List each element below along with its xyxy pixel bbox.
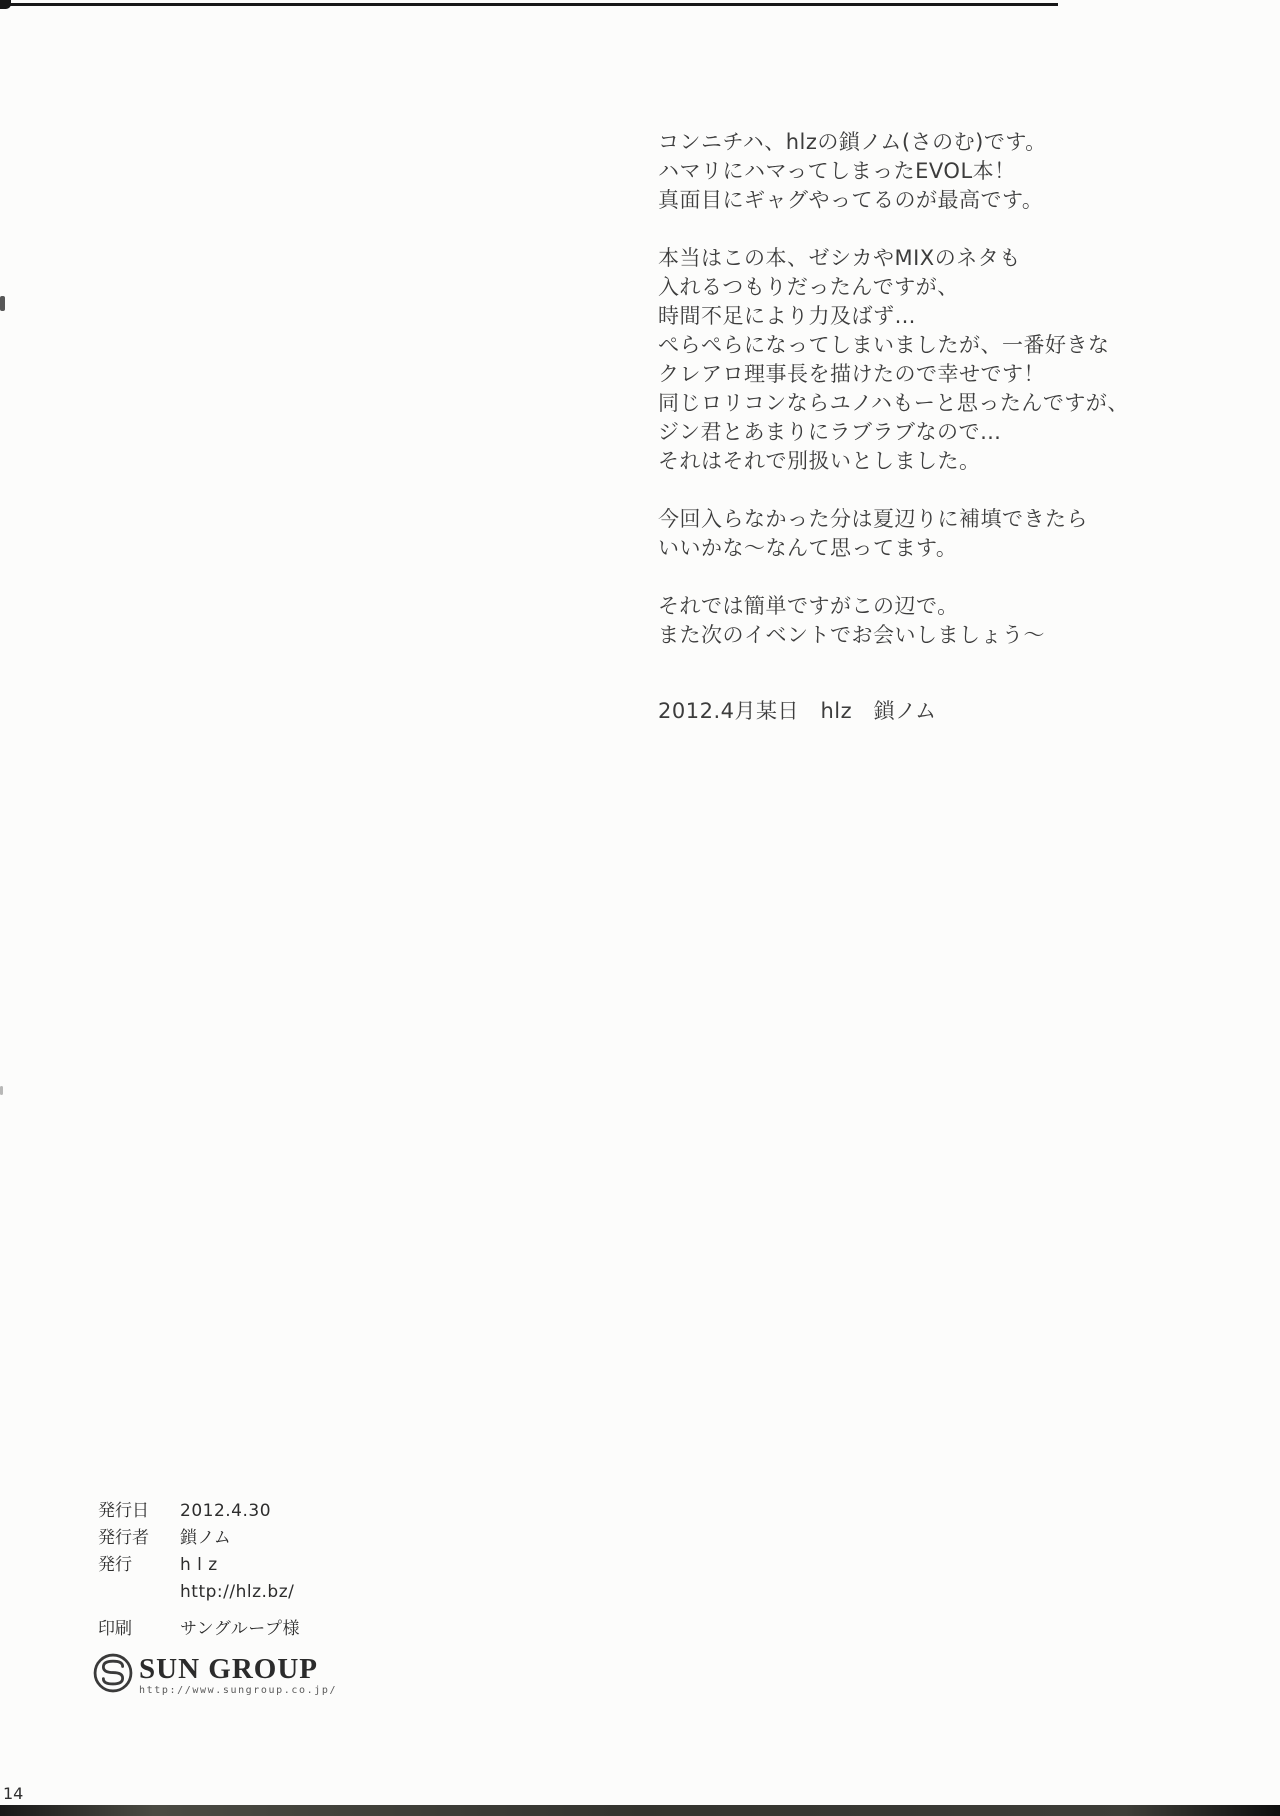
scanned-document-page: コンニチハ、hlzの鎖ノム(さのむ)です。 ハマリにハマってしまったEVOL本！… <box>0 0 1280 1816</box>
afterword-paragraph: 本当はこの本、ゼシカやMIXのネタも 入れるつもりだったんですが、 時間不足によ… <box>658 244 1218 476</box>
colophon-label: 印刷 <box>98 1616 180 1643</box>
afterword-line: 同じロリコンならユノハもーと思ったんですが、 <box>658 389 1218 418</box>
sun-group-logo: SUN GROUP http://www.sungroup.co.jp/ <box>92 1652 337 1696</box>
circle-name: h l z <box>180 1552 218 1579</box>
afterword-text-block: コンニチハ、hlzの鎖ノム(さのむ)です。 ハマリにハマってしまったEVOL本！… <box>658 128 1218 726</box>
colophon-row: 発行 h l z <box>98 1552 337 1579</box>
afterword-line: それでは簡単ですがこの辺で。 <box>658 592 1218 621</box>
circle-url: http://hlz.bz/ <box>180 1579 294 1606</box>
sun-group-logo-text: SUN GROUP http://www.sungroup.co.jp/ <box>139 1652 337 1696</box>
afterword-line: ハマリにハマってしまったEVOL本！ <box>658 157 1218 186</box>
printer-logo-name: SUN GROUP <box>139 1654 337 1684</box>
afterword-line: 本当はこの本、ゼシカやMIXのネタも <box>658 244 1218 273</box>
afterword-line: ジン君とあまりにラブラブなので… <box>658 418 1218 447</box>
colophon-label: 発行者 <box>98 1525 180 1552</box>
colophon-label: 発行日 <box>98 1498 180 1525</box>
publication-date: 2012.4.30 <box>180 1498 271 1525</box>
colophon-label <box>98 1579 180 1606</box>
afterword-line: クレアロ理事長を描けたので幸せです！ <box>658 360 1218 389</box>
afterword-line: コンニチハ、hlzの鎖ノム(さのむ)です。 <box>658 128 1218 157</box>
printer-logo-url: http://www.sungroup.co.jp/ <box>139 1685 337 1696</box>
colophon-row: 発行者 鎖ノム <box>98 1525 337 1552</box>
afterword-line: 入れるつもりだったんですが、 <box>658 273 1218 302</box>
scan-artifact-speck <box>0 296 5 311</box>
colophon-row: 印刷 サングループ様 <box>98 1616 337 1643</box>
afterword-line: ぺらぺらになってしまいましたが、一番好きな <box>658 331 1218 360</box>
sun-group-s-icon <box>92 1652 134 1694</box>
afterword-line: いいかな～なんて思ってます。 <box>658 534 1218 563</box>
afterword-signoff: 2012.4月某日 hlz 鎖ノム <box>658 697 1218 726</box>
printer-name: サングループ様 <box>180 1616 300 1643</box>
scan-artifact-top-corner <box>0 0 11 9</box>
afterword-line: また次のイベントでお会いしましょう～ <box>658 621 1218 650</box>
afterword-line: 真面目にギャグやってるのが最高です。 <box>658 186 1218 215</box>
afterword-paragraph: それでは簡単ですがこの辺で。 また次のイベントでお会いしましょう～ <box>658 592 1218 650</box>
scan-artifact-speck <box>0 1086 3 1095</box>
page-number: 14 <box>3 1784 23 1803</box>
colophon: 発行日 2012.4.30 発行者 鎖ノム 発行 h l z http://hl… <box>98 1498 337 1696</box>
colophon-label: 発行 <box>98 1552 180 1579</box>
afterword-line: 今回入らなかった分は夏辺りに補填できたら <box>658 505 1218 534</box>
afterword-paragraph: コンニチハ、hlzの鎖ノム(さのむ)です。 ハマリにハマってしまったEVOL本！… <box>658 128 1218 215</box>
afterword-line: 時間不足により力及ばず… <box>658 302 1218 331</box>
colophon-row: http://hlz.bz/ <box>98 1579 337 1606</box>
afterword-line: それはそれで別扱いとしました。 <box>658 447 1218 476</box>
colophon-row: 発行日 2012.4.30 <box>98 1498 337 1525</box>
publisher-person: 鎖ノム <box>180 1525 231 1552</box>
scan-artifact-top-edge <box>0 3 1058 6</box>
scan-artifact-bottom-edge <box>0 1805 1280 1816</box>
afterword-paragraph: 今回入らなかった分は夏辺りに補填できたら いいかな～なんて思ってます。 <box>658 505 1218 563</box>
